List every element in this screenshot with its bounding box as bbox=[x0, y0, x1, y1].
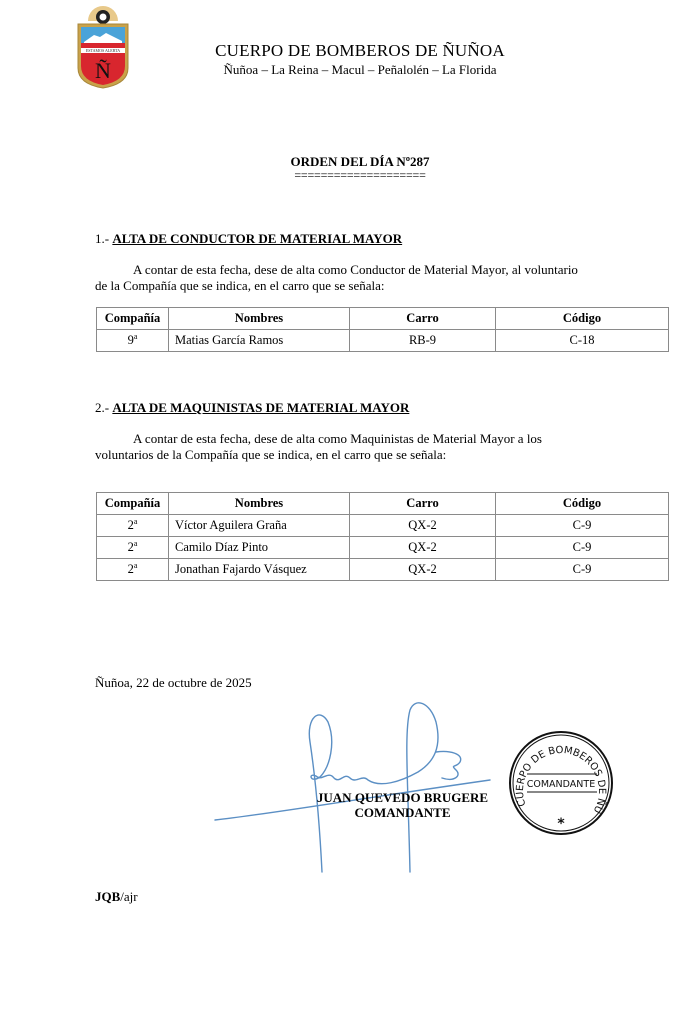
table-row: 9a Matias García Ramos RB-9 C-18 bbox=[97, 330, 669, 352]
section-2-table: Compañía Nombres Carro Código 2a Víctor … bbox=[96, 492, 669, 581]
cell-nombres: Camilo Díaz Pinto bbox=[169, 537, 350, 559]
reference-initials: JQB/ajr bbox=[95, 889, 138, 905]
section-2-heading: 2.- ALTA DE MAQUINISTAS DE MATERIAL MAYO… bbox=[95, 400, 409, 416]
section-title: ALTA DE CONDUCTOR DE MATERIAL MAYOR bbox=[112, 231, 402, 246]
paragraph-text: A contar de esta fecha, dese de alta com… bbox=[95, 431, 542, 462]
paragraph-text: A contar de esta fecha, dese de alta com… bbox=[95, 262, 578, 293]
signer-name: JUAN QUEVEDO BRUGERE bbox=[300, 790, 505, 805]
column-header: Código bbox=[496, 493, 669, 515]
fire-department-shield-logo: ESTAMOS ALERTA Ñ bbox=[74, 2, 132, 90]
signer-initials: JQB bbox=[95, 889, 120, 904]
table-header-row: Compañía Nombres Carro Código bbox=[97, 493, 669, 515]
cell-codigo: C-9 bbox=[496, 537, 669, 559]
organization-name: CUERPO DE BOMBEROS DE ÑUÑOA bbox=[140, 41, 580, 61]
cell-compania: 2a bbox=[97, 559, 169, 581]
cell-carro: RB-9 bbox=[350, 330, 496, 352]
cell-codigo: C-18 bbox=[496, 330, 669, 352]
svg-text:ESTAMOS ALERTA: ESTAMOS ALERTA bbox=[86, 48, 120, 53]
cell-carro: QX-2 bbox=[350, 559, 496, 581]
cell-nombres: Víctor Aguilera Graña bbox=[169, 515, 350, 537]
cell-carro: QX-2 bbox=[350, 537, 496, 559]
column-header: Nombres bbox=[169, 308, 350, 330]
title-underline-rule: ==================== bbox=[240, 170, 480, 180]
handwritten-signature bbox=[210, 692, 500, 877]
table-row: 2a Camilo Díaz Pinto QX-2 C-9 bbox=[97, 537, 669, 559]
signer-role: COMANDANTE bbox=[300, 805, 505, 820]
cell-nombres: Jonathan Fajardo Vásquez bbox=[169, 559, 350, 581]
cell-compania: 2a bbox=[97, 537, 169, 559]
section-2-body: A contar de esta fecha, dese de alta com… bbox=[95, 431, 590, 463]
place-and-date: Ñuñoa, 22 de octubre de 2025 bbox=[95, 675, 252, 691]
cell-carro: QX-2 bbox=[350, 515, 496, 537]
column-header: Compañía bbox=[97, 308, 169, 330]
column-header: Nombres bbox=[169, 493, 350, 515]
svg-text:COMANDANTE: COMANDANTE bbox=[527, 779, 595, 790]
section-number: 2.- bbox=[95, 400, 109, 415]
section-1-heading: 1.- ALTA DE CONDUCTOR DE MATERIAL MAYOR bbox=[95, 231, 402, 247]
sun-rays-icon bbox=[88, 6, 118, 24]
column-header: Carro bbox=[350, 493, 496, 515]
column-header: Código bbox=[496, 308, 669, 330]
section-title: ALTA DE MAQUINISTAS DE MATERIAL MAYOR bbox=[112, 400, 409, 415]
cell-compania: 2a bbox=[97, 515, 169, 537]
section-1-body: A contar de esta fecha, dese de alta com… bbox=[95, 262, 590, 294]
organization-communes: Ñuñoa – La Reina – Macul – Peñalolén – L… bbox=[140, 62, 580, 78]
table-row: 2a Jonathan Fajardo Vásquez QX-2 C-9 bbox=[97, 559, 669, 581]
section-1-table: Compañía Nombres Carro Código 9a Matias … bbox=[96, 307, 669, 352]
cell-nombres: Matias García Ramos bbox=[169, 330, 350, 352]
cell-compania: 9a bbox=[97, 330, 169, 352]
official-stamp: CUERPO DE BOMBEROS DE ÑUÑOA COMANDANTE * bbox=[507, 730, 615, 836]
table-header-row: Compañía Nombres Carro Código bbox=[97, 308, 669, 330]
column-header: Carro bbox=[350, 308, 496, 330]
cell-codigo: C-9 bbox=[496, 515, 669, 537]
svg-text:Ñ: Ñ bbox=[95, 58, 111, 83]
typist-initials: /ajr bbox=[120, 889, 137, 904]
column-header: Compañía bbox=[97, 493, 169, 515]
cell-codigo: C-9 bbox=[496, 559, 669, 581]
svg-text:*: * bbox=[557, 816, 565, 832]
table-row: 2a Víctor Aguilera Graña QX-2 C-9 bbox=[97, 515, 669, 537]
section-number: 1.- bbox=[95, 231, 109, 246]
